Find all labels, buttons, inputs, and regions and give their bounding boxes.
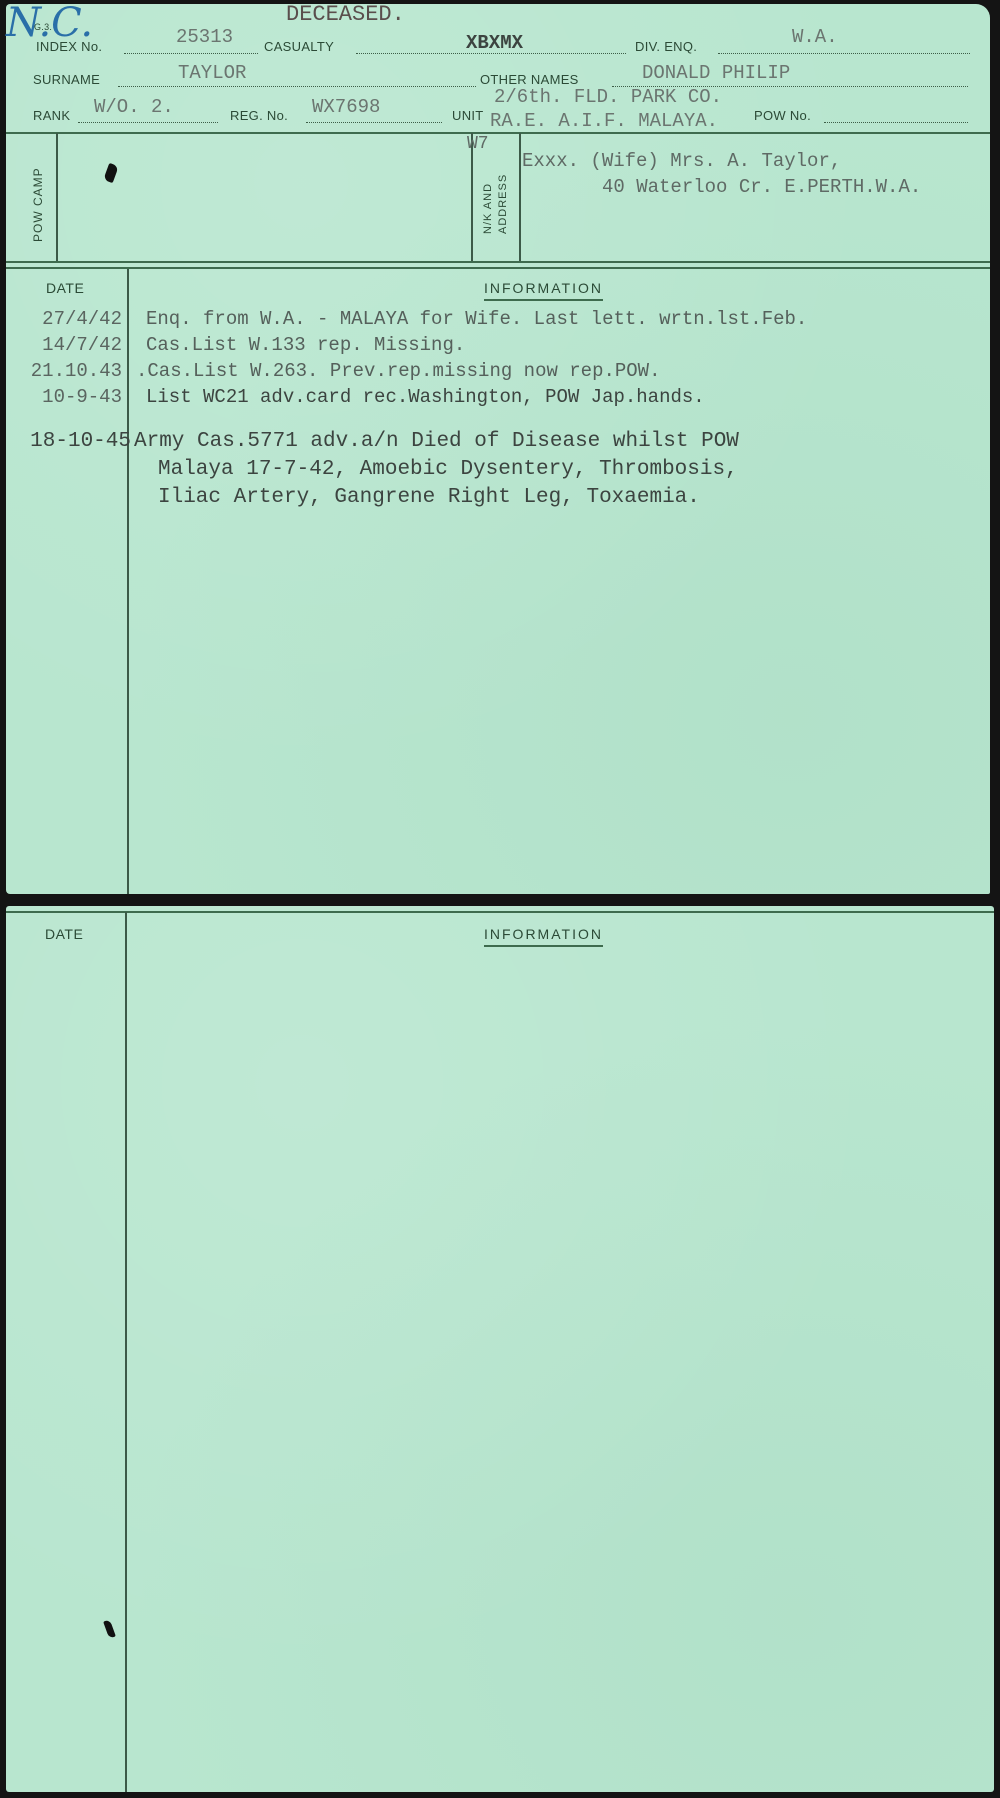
- casualty-value: XBXMX: [466, 32, 523, 54]
- surname-line: [118, 86, 476, 87]
- unit-label: UNIT: [452, 108, 484, 123]
- pow-camp-label: POW CAMP: [31, 167, 45, 242]
- row-information: List WC21 adv.card rec.Washington, POW J…: [146, 386, 705, 408]
- rank-value: W/O. 2.: [94, 96, 174, 118]
- surname-label: SURNAME: [33, 72, 100, 87]
- div-enq-line: [718, 53, 970, 54]
- divider: [6, 261, 990, 263]
- index-no-value: 25313: [176, 26, 233, 48]
- row-date: 10-9-43: [6, 386, 122, 408]
- deceased-stamp: DECEASED.: [286, 2, 405, 27]
- divider: [127, 269, 129, 894]
- information-header: INFORMATION: [484, 280, 603, 301]
- index-no-line: [124, 53, 258, 54]
- index-no-label: INDEX No.: [36, 39, 102, 54]
- row-information: Army Cas.5771 adv.a/n Died of Disease wh…: [134, 430, 739, 453]
- divider: [6, 267, 990, 269]
- div-enq-label: DIV. ENQ.: [635, 39, 697, 54]
- divider: [519, 133, 521, 261]
- row-information: Iliac Artery, Gangrene Right Leg, Toxaem…: [158, 486, 700, 509]
- rank-line: [78, 122, 218, 123]
- ink-blot: [103, 1619, 116, 1638]
- divider: [125, 912, 127, 1792]
- divider: [56, 133, 58, 261]
- other-names-label: OTHER NAMES: [480, 72, 579, 87]
- nk-address-line1: Exxx. (Wife) Mrs. A. Taylor,: [522, 150, 841, 172]
- row-date: 21.10.43: [6, 360, 122, 382]
- casualty-label: CASUALTY: [264, 39, 334, 54]
- row-information: .Cas.List W.263. Prev.rep.missing now re…: [136, 360, 661, 382]
- unit-value-line1: 2/6th. FLD. PARK CO.: [494, 86, 722, 108]
- row-information: Malaya 17-7-42, Amoebic Dysentery, Throm…: [158, 458, 738, 481]
- pow-no-line: [824, 122, 968, 123]
- date-header: DATE: [45, 926, 83, 942]
- row-information: Cas.List W.133 rep. Missing.: [146, 334, 465, 356]
- row-date: 14/7/42: [6, 334, 122, 356]
- rank-label: RANK: [33, 108, 70, 123]
- reg-no-label: REG. No.: [230, 108, 288, 123]
- record-card-back: DATE INFORMATION: [6, 906, 994, 1792]
- other-names-value: DONALD PHILIP: [642, 62, 790, 84]
- unit-value-line2: RA.E. A.I.F. MALAYA.: [490, 110, 718, 132]
- date-header: DATE: [46, 280, 84, 296]
- ink-blot: [103, 163, 119, 183]
- information-header: INFORMATION: [484, 926, 603, 947]
- reg-no-line: [306, 122, 442, 123]
- nk-address-line2: 40 Waterloo Cr. E.PERTH.W.A.: [602, 176, 921, 198]
- reg-no-value: WX7698: [312, 96, 380, 118]
- row-date: 27/4/42: [6, 308, 122, 330]
- row-information: Enq. from W.A. - MALAYA for Wife. Last l…: [146, 308, 807, 330]
- div-enq-value: W.A.: [792, 26, 838, 48]
- row-date: 18-10-45: [6, 430, 131, 453]
- nk-code: W7: [467, 134, 489, 154]
- divider: [6, 911, 994, 913]
- divider: [6, 132, 990, 134]
- small-code: G.3.: [34, 22, 52, 32]
- record-card-front: N.C. G.3. DECEASED. INDEX No. 25313 CASU…: [6, 4, 990, 894]
- surname-value: TAYLOR: [178, 62, 246, 84]
- nk-label-line1: N/K AND: [482, 183, 494, 234]
- pow-no-label: POW No.: [754, 108, 811, 123]
- nk-label-line2: ADDRESS: [497, 174, 509, 234]
